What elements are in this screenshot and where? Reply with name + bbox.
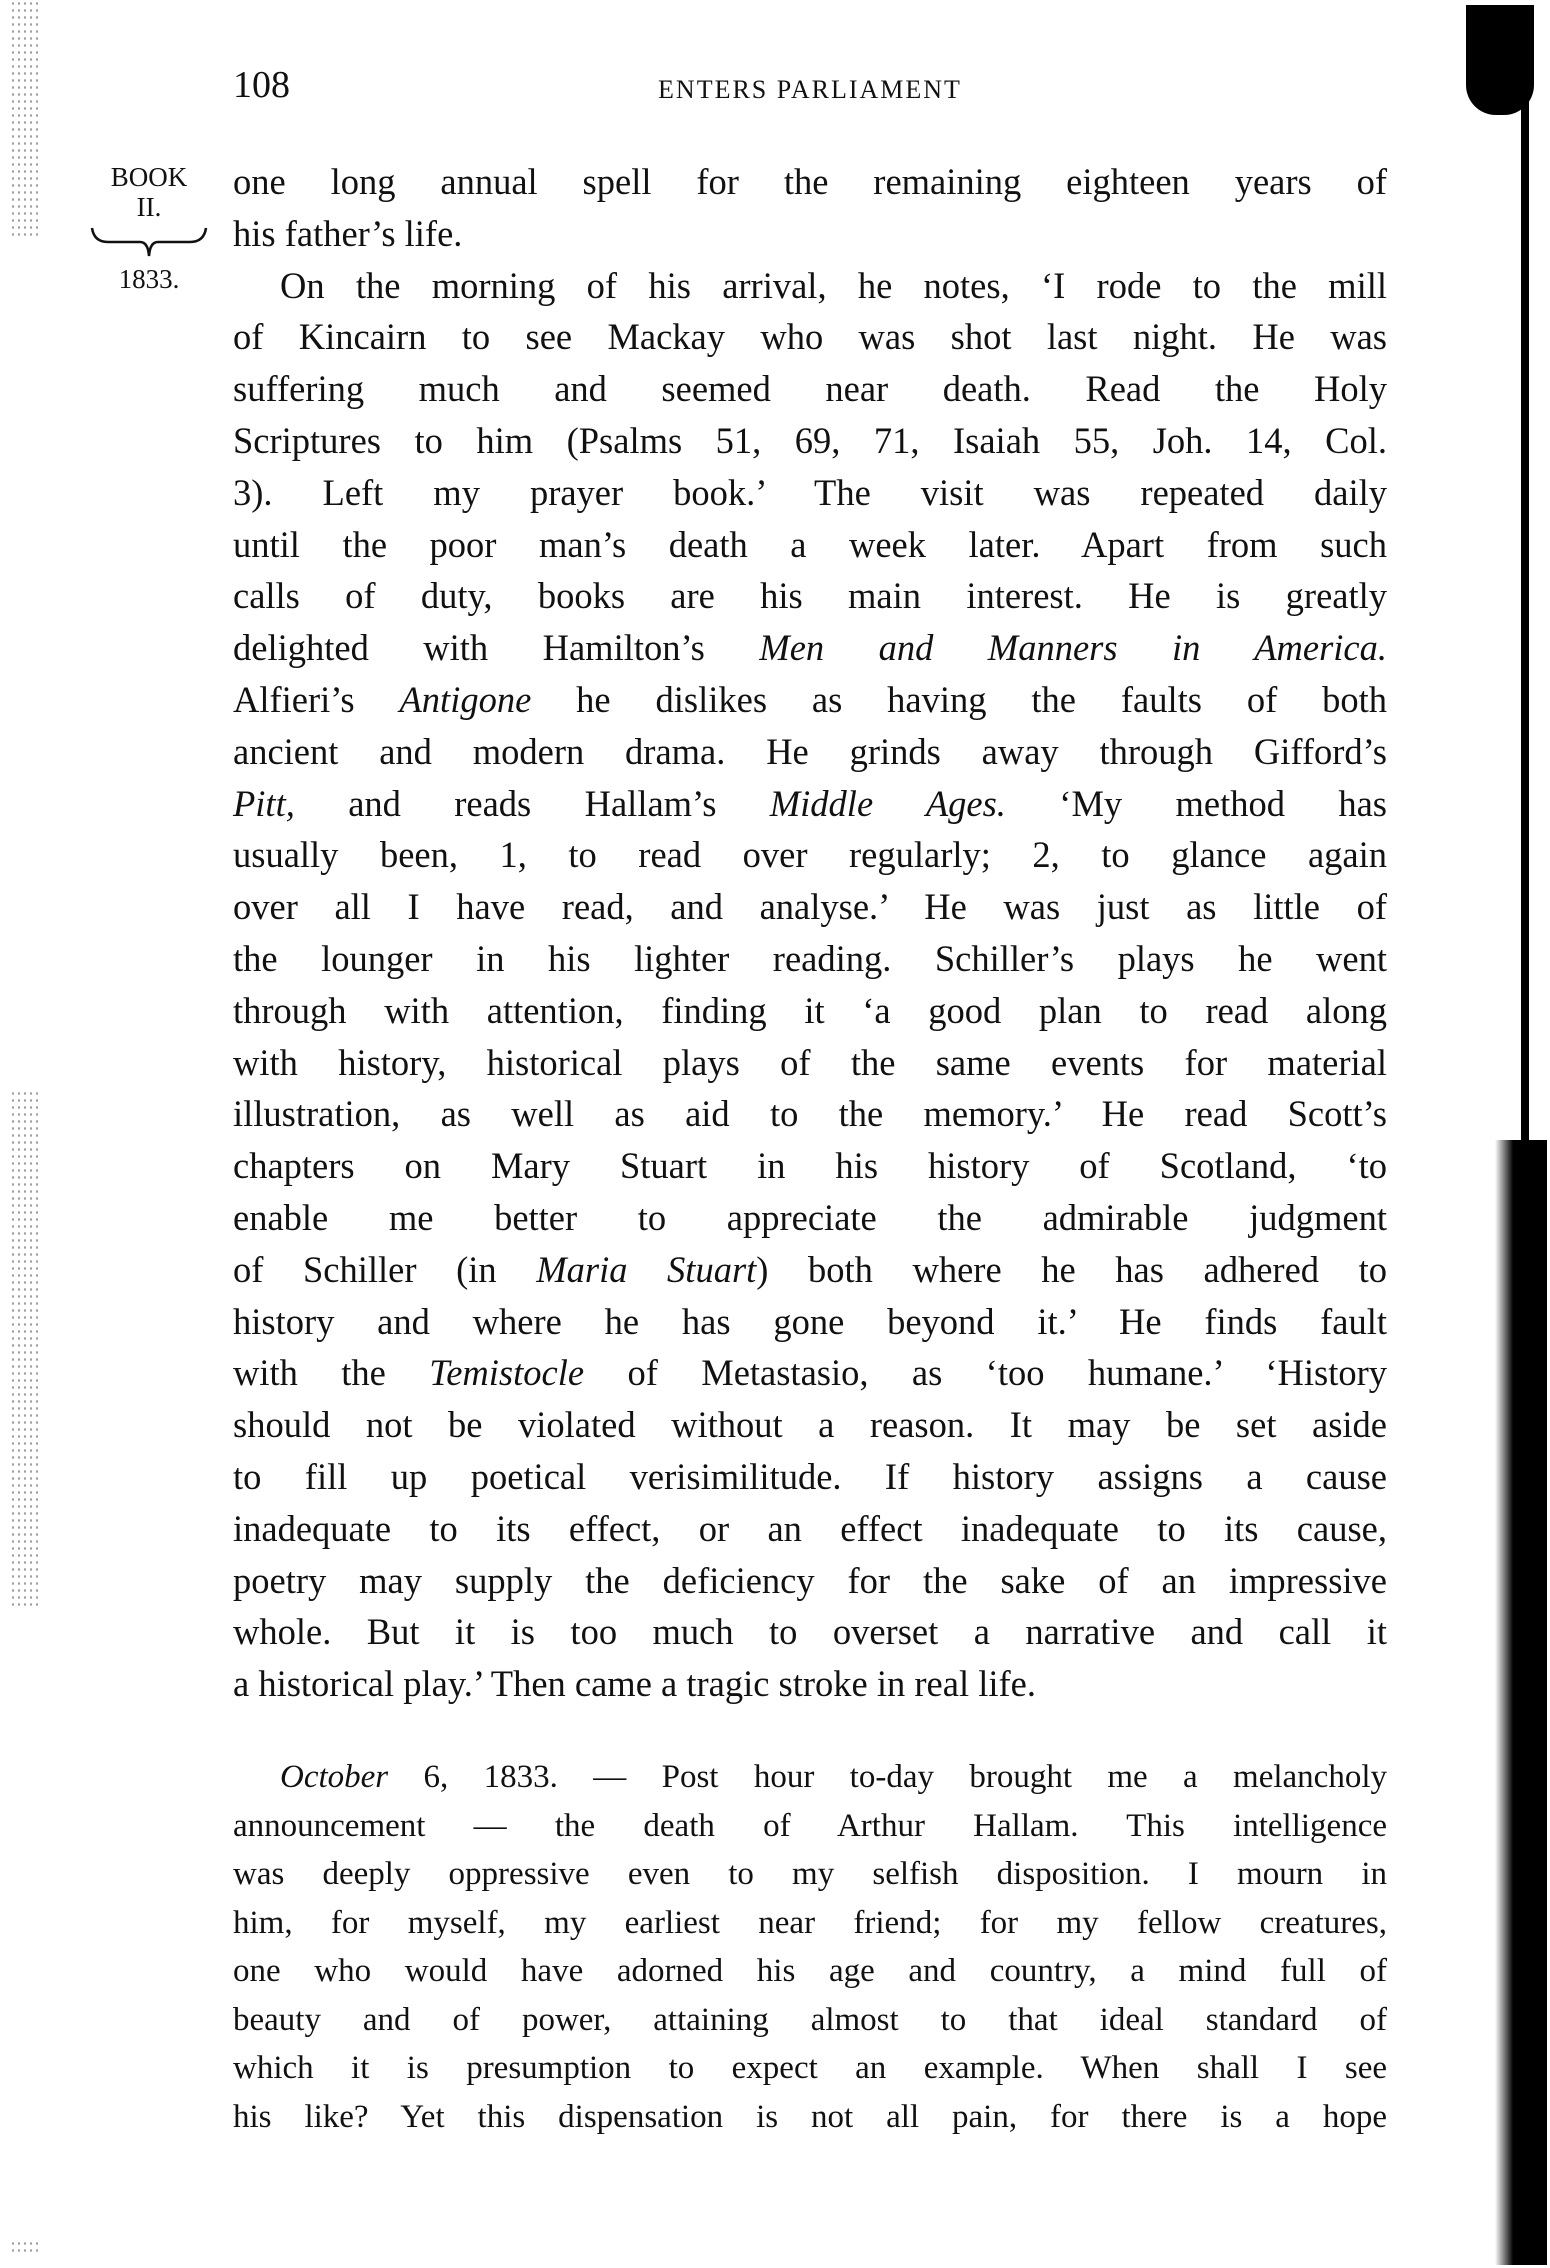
text-line: over all I have read, and analyse.’ He w… [233, 881, 1387, 933]
text-line: one who would have adorned his age and c… [233, 1947, 1387, 1996]
binding-shadow-bottom [1495, 1140, 1547, 2265]
text-line: of Schiller (in Maria Stuart) both where… [233, 1244, 1387, 1296]
text-line: suffering much and seemed near death. Re… [233, 363, 1387, 415]
text-line: through with attention, finding it ‘a go… [233, 985, 1387, 1037]
text-line: enable me better to appreciate the admir… [233, 1192, 1387, 1244]
text-run: of Metastasio, as ‘too humane.’ ‘History [584, 1352, 1387, 1393]
margin-book-number: II. [84, 192, 214, 222]
text-line: to fill up poetical verisimilitude. If h… [233, 1451, 1387, 1503]
text-line: one long annual spell for the remaining … [233, 156, 1387, 208]
text-line: of Kincairn to see Mackay who was shot l… [233, 311, 1387, 363]
curly-brace-icon [90, 226, 208, 260]
text-line: whole. But it is too much to overset a n… [233, 1606, 1387, 1658]
body-text: one long annual spell for the remaining … [233, 156, 1387, 1710]
margin-note: BOOK II. 1833. [84, 162, 214, 294]
book-title-italic: Temistocle [429, 1352, 584, 1393]
book-title-italic: Maria Stuart [536, 1249, 756, 1290]
text-line: was deeply oppressive even to my selfish… [233, 1850, 1387, 1899]
binding-shadow-top [1466, 5, 1534, 115]
running-head: 108 ENTERS PARLIAMENT [233, 62, 1387, 112]
date-italic: October [280, 1759, 388, 1795]
text-run: with the [233, 1352, 429, 1393]
book-title-italic: Antigone [400, 679, 532, 720]
text-line: announcement — the death of Arthur Halla… [233, 1802, 1387, 1851]
text-line: with the Temistocle of Metastasio, as ‘t… [233, 1347, 1387, 1399]
text-line: 3). Left my prayer book.’ The visit was … [233, 467, 1387, 519]
book-title-italic: Middle Ages. [770, 783, 1006, 824]
margin-book-label: BOOK [84, 162, 214, 192]
text-line: poetry may supply the deficiency for the… [233, 1555, 1387, 1607]
text-run: 6, 1833. — Post hour to-day brought me a… [388, 1759, 1387, 1795]
binding-edge-line [1521, 100, 1529, 1160]
text-line: chapters on Mary Stuart in his history o… [233, 1140, 1387, 1192]
text-line: calls of duty, books are his main intere… [233, 570, 1387, 622]
text-line: him, for myself, my earliest near friend… [233, 1899, 1387, 1948]
text-line: beauty and of power, attaining almost to… [233, 1996, 1387, 2045]
text-line: the lounger in his lighter reading. Schi… [233, 933, 1387, 985]
scan-speckle-middle [10, 1090, 38, 1610]
text-line: a historical play.’ Then came a tragic s… [233, 1658, 1387, 1710]
book-page: 108 ENTERS PARLIAMENT BOOK II. 1833. one… [0, 0, 1550, 2268]
diary-extract: October 6, 1833. — Post hour to-day brou… [233, 1753, 1387, 2141]
text-run: Alfieri’s [233, 679, 400, 720]
text-run: ) both where he has adhered to [756, 1249, 1387, 1290]
book-title-italic: Men and Manners in America. [759, 627, 1387, 668]
text-line: ancient and modern drama. He grinds away… [233, 726, 1387, 778]
text-line: should not be violated without a reason.… [233, 1399, 1387, 1451]
text-line: On the morning of his arrival, he notes,… [233, 260, 1387, 312]
text-line: usually been, 1, to read over regularly;… [233, 829, 1387, 881]
text-run: he dislikes as having the faults of both [531, 679, 1387, 720]
text-run: of Schiller (in [233, 1249, 536, 1290]
book-title-italic: Pitt, [233, 783, 295, 824]
text-line: October 6, 1833. — Post hour to-day brou… [233, 1753, 1387, 1802]
text-line: his father’s life. [233, 208, 1387, 260]
text-line: which it is presumption to expect an exa… [233, 2044, 1387, 2093]
text-line: until the poor man’s death a week later.… [233, 519, 1387, 571]
text-run: ‘My method has [1006, 783, 1387, 824]
scan-speckle-bottom [10, 2240, 38, 2254]
scan-speckle-top [10, 0, 38, 240]
text-line: his like? Yet this dispensation is not a… [233, 2093, 1387, 2142]
text-line: illustration, as well as aid to the memo… [233, 1088, 1387, 1140]
text-run: delighted with Hamilton’s [233, 627, 759, 668]
text-line: with history, historical plays of the sa… [233, 1037, 1387, 1089]
text-line: Alfieri’s Antigone he dislikes as having… [233, 674, 1387, 726]
text-line: history and where he has gone beyond it.… [233, 1296, 1387, 1348]
text-line: inadequate to its effect, or an effect i… [233, 1503, 1387, 1555]
text-line: Scriptures to him (Psalms 51, 69, 71, Is… [233, 415, 1387, 467]
margin-year: 1833. [84, 264, 214, 294]
text-line: delighted with Hamilton’s Men and Manner… [233, 622, 1387, 674]
running-title: ENTERS PARLIAMENT [233, 72, 1387, 108]
text-line: Pitt, and reads Hallam’s Middle Ages. ‘M… [233, 778, 1387, 830]
text-run: and reads Hallam’s [295, 783, 770, 824]
